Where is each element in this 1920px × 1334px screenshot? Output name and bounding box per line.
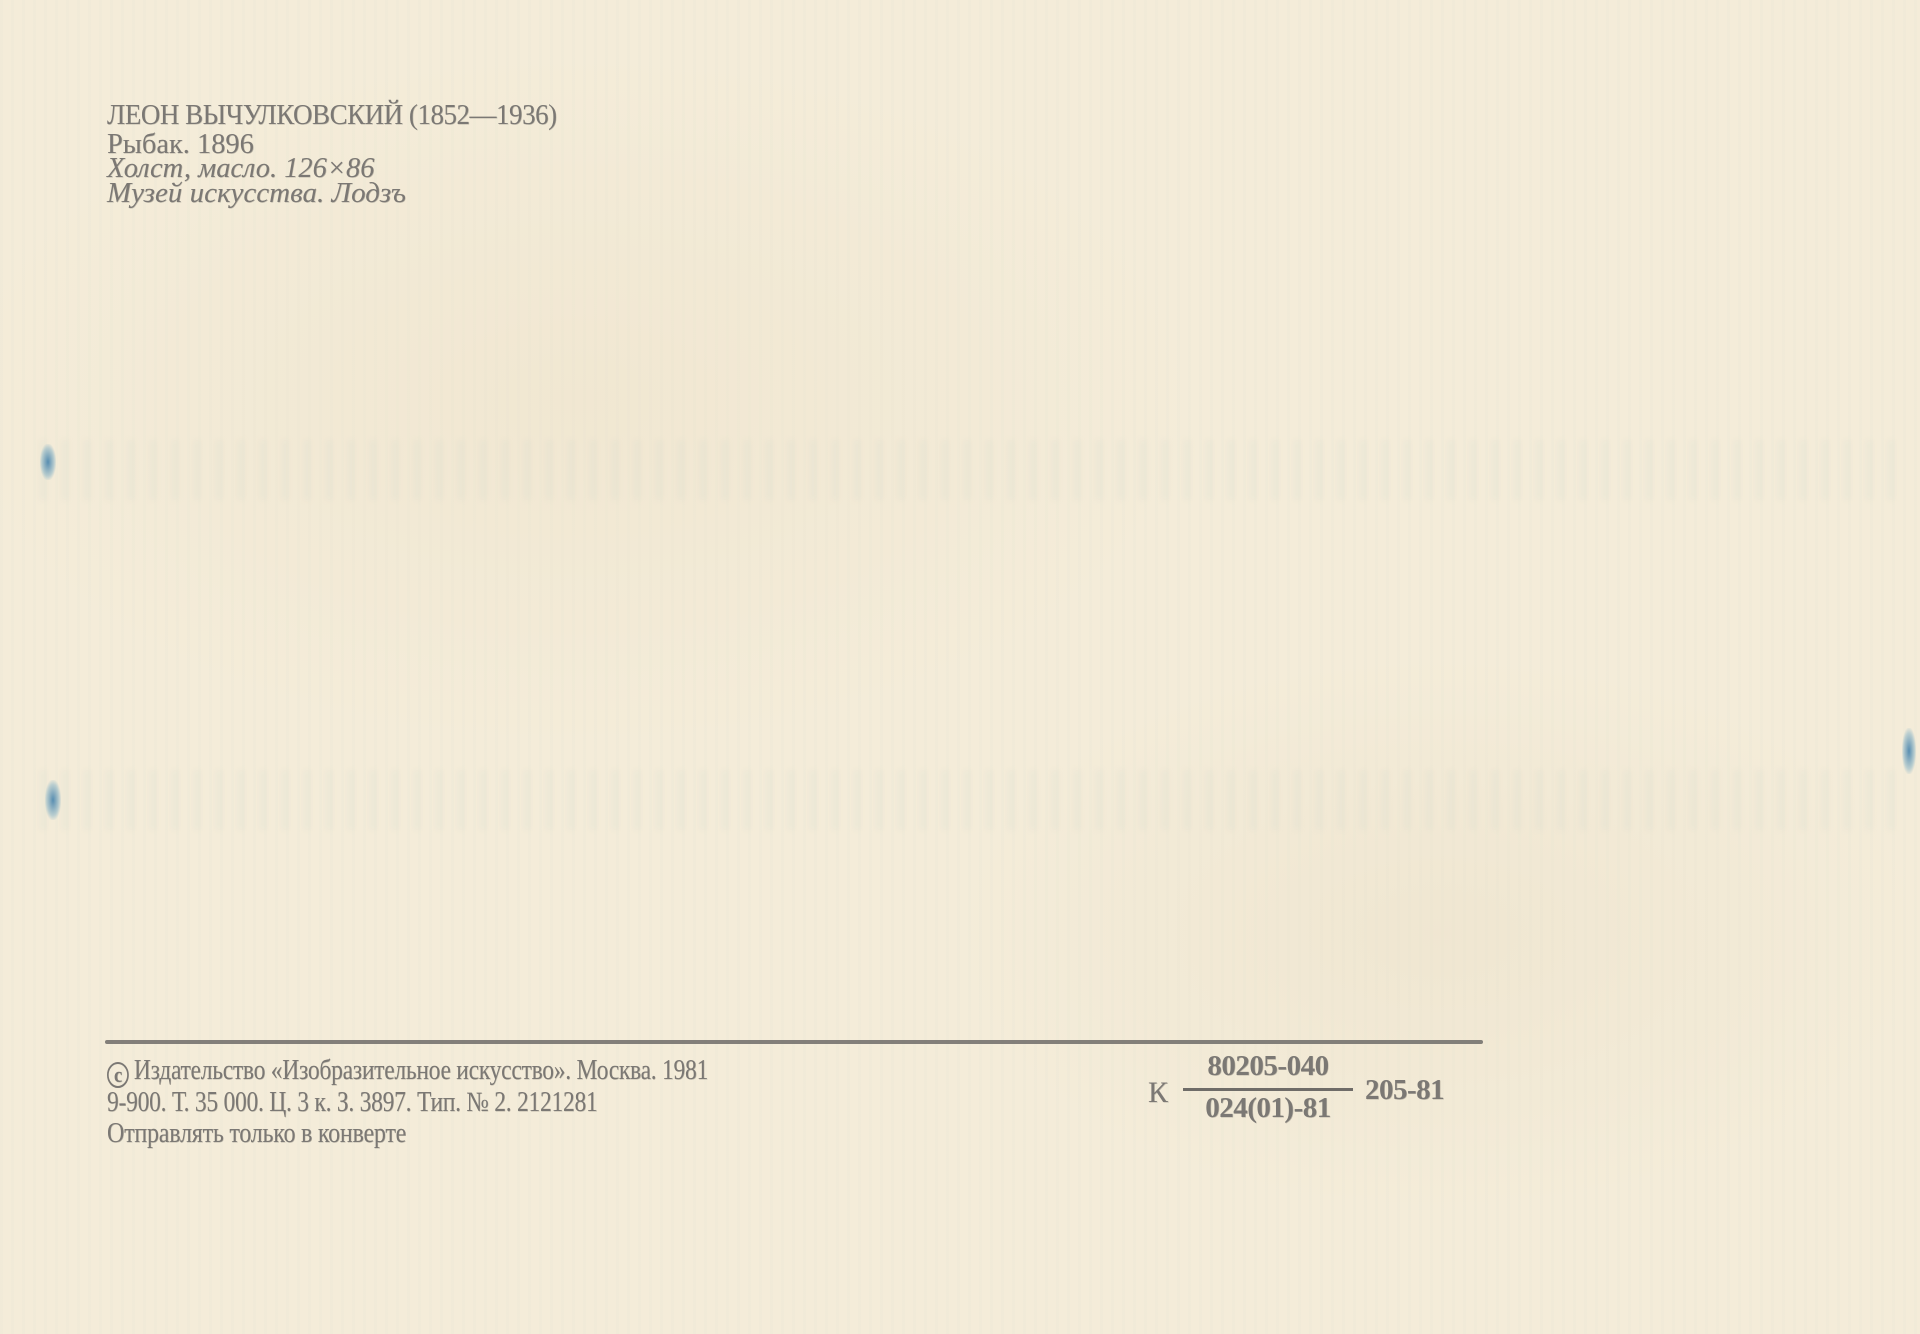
print-info: 9-900. Т. 35 000. Ц. 3 к. З. 3897. Тип. …	[107, 1089, 598, 1117]
show-through-band	[40, 770, 1900, 830]
artist-name: ЛЕОН ВЫЧУЛКОВСКИЙ (1852—1936)	[107, 101, 557, 130]
show-through-band	[40, 440, 1900, 500]
catalog-denominator: 024(01)-81	[1183, 1094, 1353, 1123]
copyright-icon: c	[107, 1062, 129, 1088]
catalog-prefix: К	[1148, 1078, 1168, 1108]
publisher-text: Издательство «Изобразительное искусство»…	[134, 1055, 708, 1086]
catalog-numerator: 80205-040	[1183, 1052, 1353, 1081]
catalog-code: К 80205-040 024(01)-81 205-81	[1148, 1050, 1488, 1140]
fraction-bar	[1183, 1088, 1353, 1091]
mailing-note: Отправлять только в конверте	[107, 1120, 406, 1148]
divider-rule	[105, 1040, 1483, 1044]
ink-mark	[1902, 728, 1916, 774]
catalog-number: 205-81	[1365, 1076, 1444, 1105]
artwork-museum: Музей искусства. Лодзъ	[107, 179, 406, 208]
publisher-line: cИздательство «Изобразительное искусство…	[107, 1057, 708, 1088]
ink-mark	[45, 780, 61, 820]
ink-mark	[40, 444, 56, 480]
